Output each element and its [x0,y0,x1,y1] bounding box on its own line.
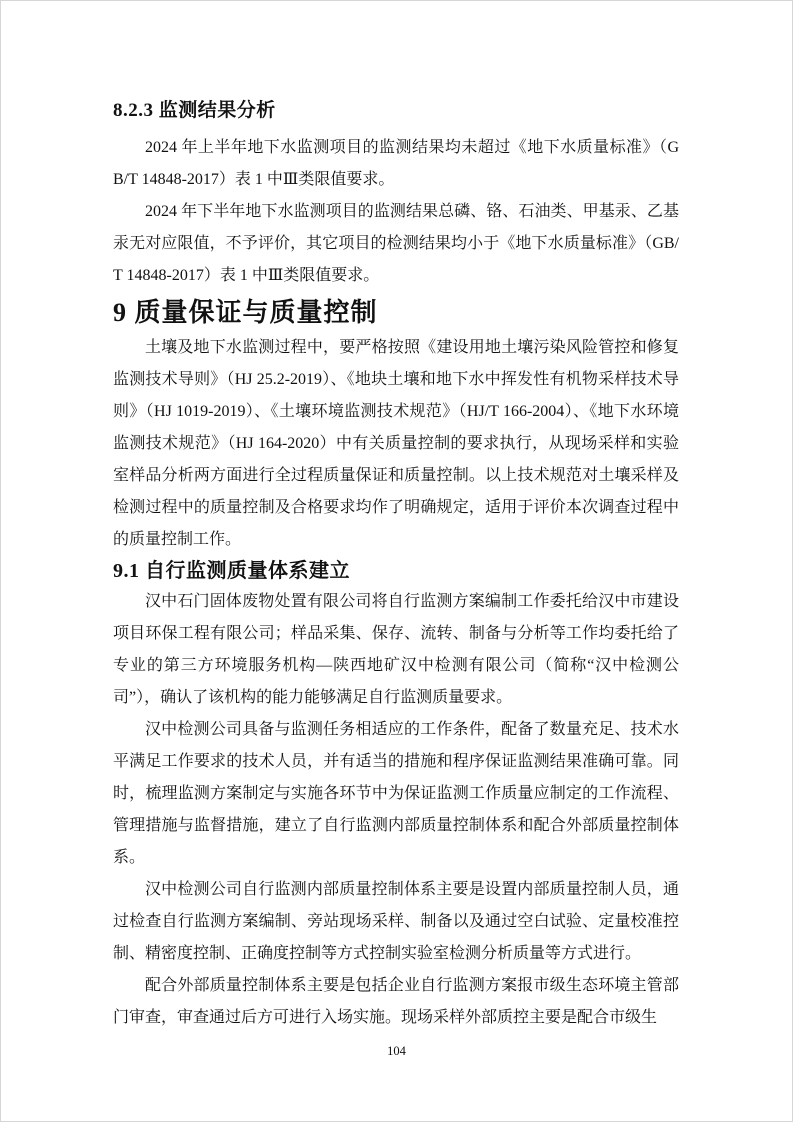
page-number: 104 [0,1041,793,1061]
paragraph-testing-company-capability: 汉中检测公司具备与监测任务相适应的工作条件，配备了数量充足、技术水平满足工作要求… [113,714,679,874]
chapter-heading-9: 9 质量保证与质量控制 [113,294,679,332]
document-page: 8.2.3 监测结果分析 2024 年上半年地下水监测项目的监测结果均未超过《地… [0,0,793,1122]
paragraph-groundwater-second-half: 2024 年下半年地下水监测项目的监测结果总磷、铬、石油类、甲基汞、乙基汞无对应… [113,196,679,292]
paragraph-internal-quality-control: 汉中检测公司自行监测内部质量控制体系主要是设置内部质量控制人员，通过检查自行监测… [113,874,679,970]
paragraph-groundwater-first-half: 2024 年上半年地下水监测项目的监测结果均未超过《地下水质量标准》（GB/T … [113,132,679,196]
paragraph-quality-control-standards: 土壤及地下水监测过程中，要严格按照《建设用地土壤污染风险管控和修复监测技术导则》… [113,332,679,556]
section-heading-9-1: 9.1 自行监测质量体系建立 [113,556,679,586]
document-body: 8.2.3 监测结果分析 2024 年上半年地下水监测项目的监测结果均未超过《地… [113,98,679,1034]
section-heading-8-2-3: 8.2.3 监测结果分析 [113,98,679,124]
paragraph-external-quality-control: 配合外部质量控制体系主要是包括企业自行监测方案报市级生态环境主管部门审查，审查通… [113,970,679,1034]
paragraph-monitoring-commission: 汉中石门固体废物处置有限公司将自行监测方案编制工作委托给汉中市建设项目环保工程有… [113,586,679,714]
